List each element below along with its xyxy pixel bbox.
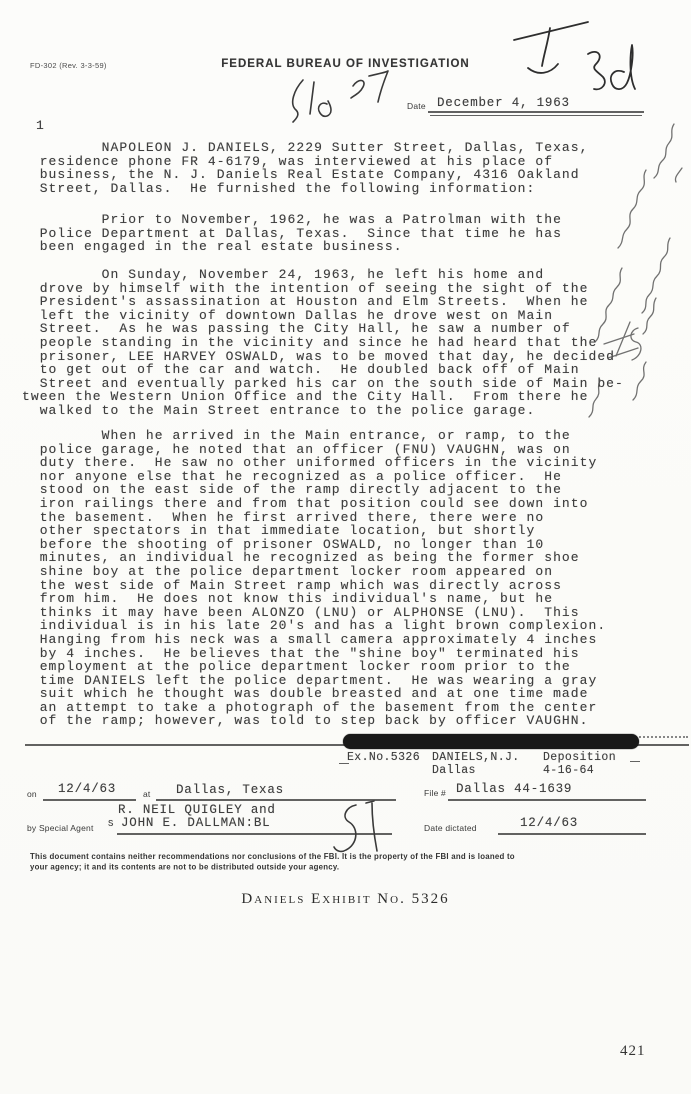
stamp-exhibit-number: Ex.No.5326 <box>347 751 420 764</box>
interview-place-value: Dallas, Texas <box>176 783 284 797</box>
file-label: File # <box>424 788 446 798</box>
date-underline <box>428 111 644 113</box>
date-dictated-label: Date dictated <box>424 823 477 833</box>
date-value: December 4, 1963 <box>437 96 570 110</box>
disclaimer-line-2: your agency; it and its contents are not… <box>30 862 657 873</box>
disclaimer: This document contains neither recommend… <box>30 851 657 873</box>
stamp-date: 4-16-64 <box>543 764 594 777</box>
date-label: Date <box>407 101 426 111</box>
at-label: at <box>143 789 151 799</box>
stamp-name: DANIELS,N.J. <box>432 751 520 764</box>
paragraph-subject-intro: NAPOLEON J. DANIELS, 2229 Sutter Street,… <box>22 141 588 195</box>
interview-date-value: 12/4/63 <box>58 782 116 796</box>
date-underline-2 <box>430 115 642 116</box>
stamp-underscore-left <box>339 763 349 764</box>
margin-handwriting <box>586 118 690 448</box>
on-label: on <box>27 789 37 799</box>
handwritten-classification-mark <box>500 10 650 102</box>
agent-name-line2: JOHN E. DALLMAN:BL <box>121 816 270 830</box>
by-special-agent-label: by Special Agent <box>27 823 94 833</box>
date-dictated-value: 12/4/63 <box>520 816 578 830</box>
by-special-agent-suffix: S <box>108 819 113 829</box>
file-underline <box>448 799 646 801</box>
exhibit-caption: Daniels Exhibit No. 5326 <box>0 891 691 908</box>
paragraph-november-24: On Sunday, November 24, 1963, he left hi… <box>22 268 624 418</box>
paragraph-background: Prior to November, 1962, he was a Patrol… <box>22 213 562 254</box>
on-underline <box>43 799 136 801</box>
stamp-type: Deposition <box>543 751 616 764</box>
stamp-underscore-right <box>630 761 640 762</box>
stamp-city: Dallas <box>432 764 476 777</box>
redaction-bar <box>343 734 639 749</box>
fd302-document-page: FD-302 (Rev. 3-3-59) FEDERAL BUREAU OF I… <box>0 0 691 1094</box>
agent-name-line1: R. NEIL QUIGLEY and <box>118 803 276 817</box>
paragraph-garage-observations: When he arrived in the Main entrance, or… <box>22 429 606 728</box>
handwritten-note-icon <box>281 68 396 124</box>
folio-number: 421 <box>620 1043 646 1060</box>
dictated-underline <box>498 833 646 835</box>
disclaimer-line-1: This document contains neither recommend… <box>30 851 657 862</box>
page-number: 1 <box>36 118 44 133</box>
file-number-value: Dallas 44-1639 <box>456 782 572 796</box>
